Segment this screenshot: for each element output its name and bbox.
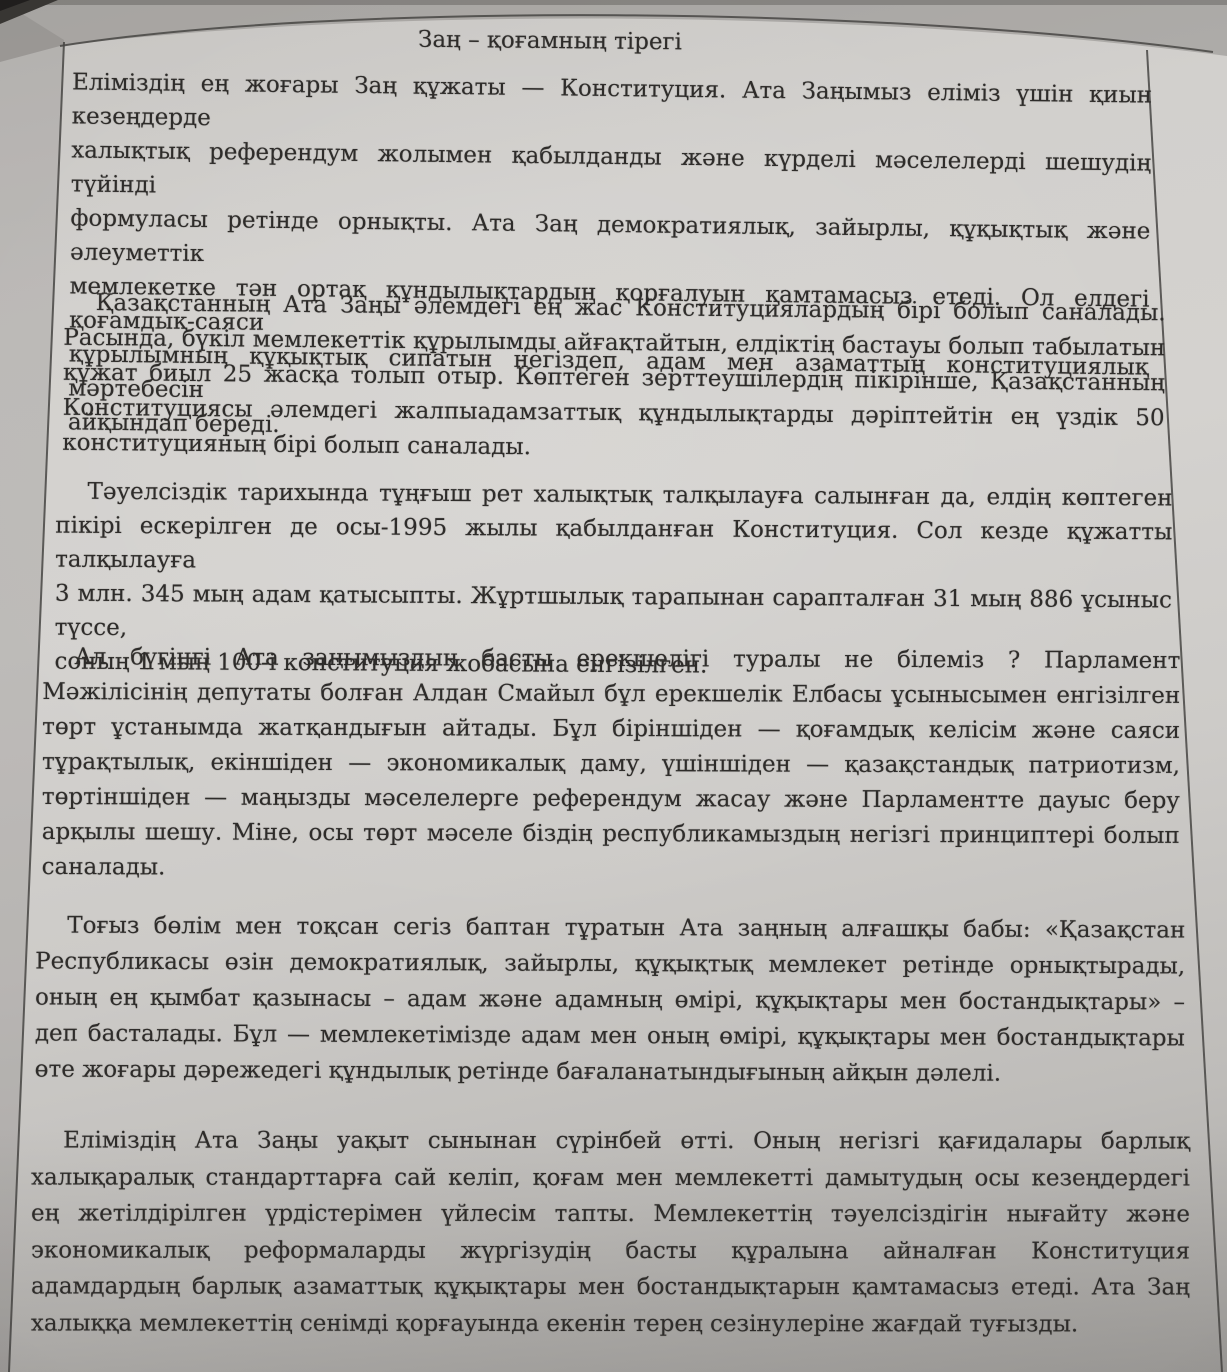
paragraph-4: Ал бүгінгі Ата заңымыздың басты ерекшелі… [42,640,1181,889]
paragraph-6: Еліміздің Ата Заңы уақыт сынынан сүрінбе… [31,1122,1190,1342]
text-line: Ал бүгінгі Ата заңымыздың басты ерекшелі… [42,640,1180,679]
text-line: оның ең қымбат қазынасы – адам және адам… [35,979,1185,1020]
text-line: халықаралық стандарттарға сай келіп, қоғ… [31,1159,1190,1197]
paragraph-5: Тоғыз бөлім мен тоқсан сегіз баптан тұра… [35,907,1186,1092]
text-line: төртіншіден — маңызды мәселелерге рефере… [42,780,1180,819]
text-line: саналады. [42,850,1180,889]
text-line: Республикасы өзін демократиялық, зайырлы… [35,943,1185,984]
text-line: тұрақтылық, екіншіден — экономикалық дам… [42,745,1180,784]
paragraph-2: Қазақстанның Ата Заңы әлемдегі ең жас Ко… [62,286,1166,472]
text-line: Еліміздің Ата Заңы уақыт сынынан сүрінбе… [31,1122,1190,1160]
text-line: деп басталады. Бұл — мемлекетімізде адам… [35,1015,1185,1056]
document-photo: Заң – қоғамның тірегі Еліміздің ең жоғар… [0,0,1227,1372]
text-line: Тоғыз бөлім мен тоқсан сегіз баптан тұра… [35,907,1185,948]
text-line: пікірі ескерілген де осы-1995 жылы қабыл… [55,509,1172,584]
text-line: Мәжілісінің депутаты болған Алдан Смайыл… [42,675,1180,714]
text-line: төрт ұстанымда жатқандығын айтады. Бұл б… [42,710,1180,749]
text-line: өте жоғары дәрежедегі құндылық ретінде б… [35,1051,1185,1092]
text-line: ең жетілдірілген үрдістерімен үйлесім та… [31,1195,1190,1233]
text-line: адамдардың барлық азаматтық құқықтары ме… [31,1268,1190,1306]
top-edge-shade [0,0,1227,5]
text-line: халыққа мемлекеттің сенімді қорғауында е… [31,1305,1190,1343]
text-line: экономикалық реформаларды жүргізудің бас… [31,1232,1190,1270]
text-line: арқылы шешу. Міне, осы төрт мәселе бізді… [42,815,1180,854]
